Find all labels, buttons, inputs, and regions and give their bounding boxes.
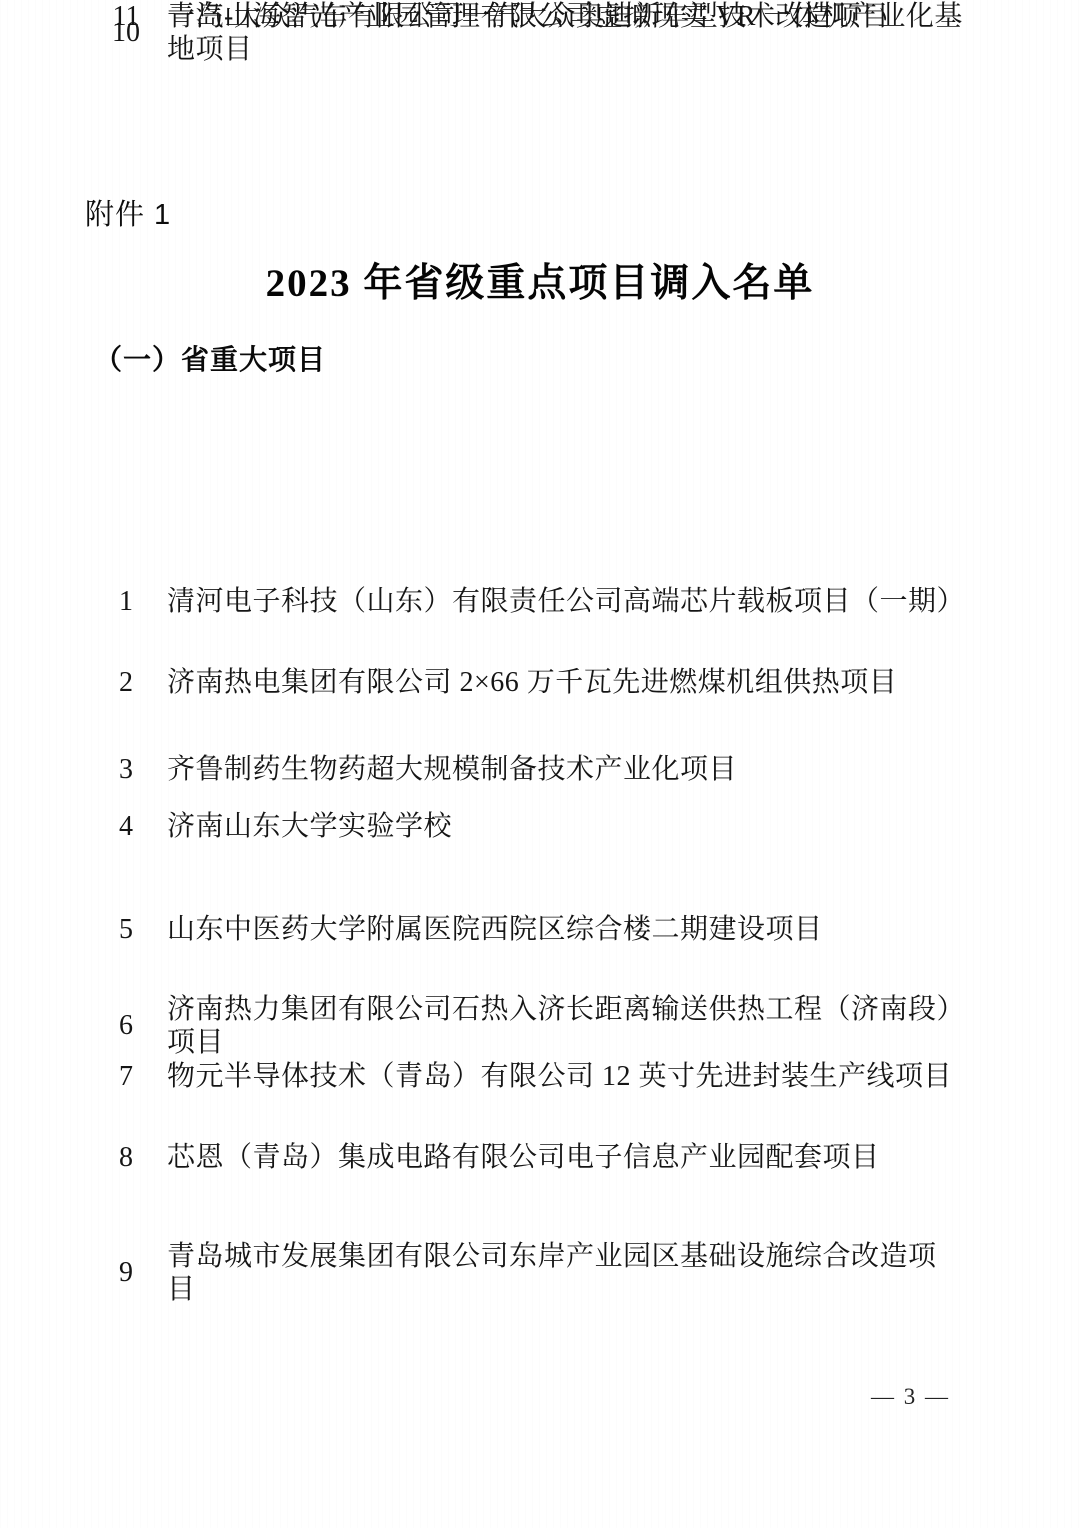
project-number: 9 [85, 1257, 167, 1289]
project-number: 4 [85, 811, 167, 843]
project-row: 7 物元半导体技术（青岛）有限公司 12 英寸先进封装生产线项目 [85, 1060, 980, 1093]
project-text: 物元半导体技术（青岛）有限公司 12 英寸先进封装生产线项目 [167, 1060, 980, 1093]
project-text: 清河电子科技（山东）有限责任公司高端芯片载板项目（一期） [167, 585, 980, 618]
project-text: 一汽-大众汽车有限公司一汽大众奥迪新车型技术改造项目 [167, 0, 980, 33]
document-page: 附件 1 2023 年省级重点项目调入名单 （一）省重大项目 1 清河电子科技（… [0, 0, 1080, 1528]
project-text: 齐鲁制药生物药超大规模制备技术产业化项目 [167, 753, 980, 786]
project-text: 济南山东大学实验学校 [167, 810, 980, 843]
page-number: — 3 — [871, 1384, 950, 1410]
project-row: 11 一汽-大众汽车有限公司一汽大众奥迪新车型技术改造项目 [85, 0, 980, 33]
document-title: 2023 年省级重点项目调入名单 [0, 252, 1080, 308]
project-number: 7 [85, 1061, 167, 1093]
project-text: 青岛城市发展集团有限公司东岸产业园区基础设施综合改造项 目 [167, 1240, 980, 1306]
attachment-label: 附件 1 [85, 192, 171, 233]
project-number: 6 [85, 1010, 167, 1042]
project-row: 2 济南热电集团有限公司 2×66 万千瓦先进燃煤机组供热项目 [85, 666, 980, 699]
project-row: 1 清河电子科技（山东）有限责任公司高端芯片载板项目（一期） [85, 585, 980, 618]
project-text: 济南热电集团有限公司 2×66 万千瓦先进燃煤机组供热项目 [167, 666, 980, 699]
section-heading: （一）省重大项目 [94, 338, 326, 378]
project-row: 8 芯恩（青岛）集成电路有限公司电子信息产业园配套项目 [85, 1141, 980, 1174]
project-number: 3 [85, 754, 167, 786]
project-text: 济南热力集团有限公司石热入济长距离输送供热工程（济南段） 项目 [167, 993, 980, 1059]
project-row: 5 山东中医药大学附属医院西院区综合楼二期建设项目 [85, 913, 980, 946]
project-text: 芯恩（青岛）集成电路有限公司电子信息产业园配套项目 [167, 1141, 980, 1174]
project-row: 6 济南热力集团有限公司石热入济长距离输送供热工程（济南段） 项目 [85, 993, 980, 1059]
project-text: 山东中医药大学附属医院西院区综合楼二期建设项目 [167, 913, 980, 946]
project-row: 9 青岛城市发展集团有限公司东岸产业园区基础设施综合改造项 目 [85, 1240, 980, 1306]
project-number: 8 [85, 1142, 167, 1174]
project-number: 1 [85, 586, 167, 618]
project-row: 4 济南山东大学实验学校 [85, 810, 980, 843]
project-number: 2 [85, 667, 167, 699]
project-number: 5 [85, 914, 167, 946]
project-row: 3 齐鲁制药生物药超大规模制备技术产业化项目 [85, 753, 980, 786]
project-number: 11 [85, 1, 167, 33]
